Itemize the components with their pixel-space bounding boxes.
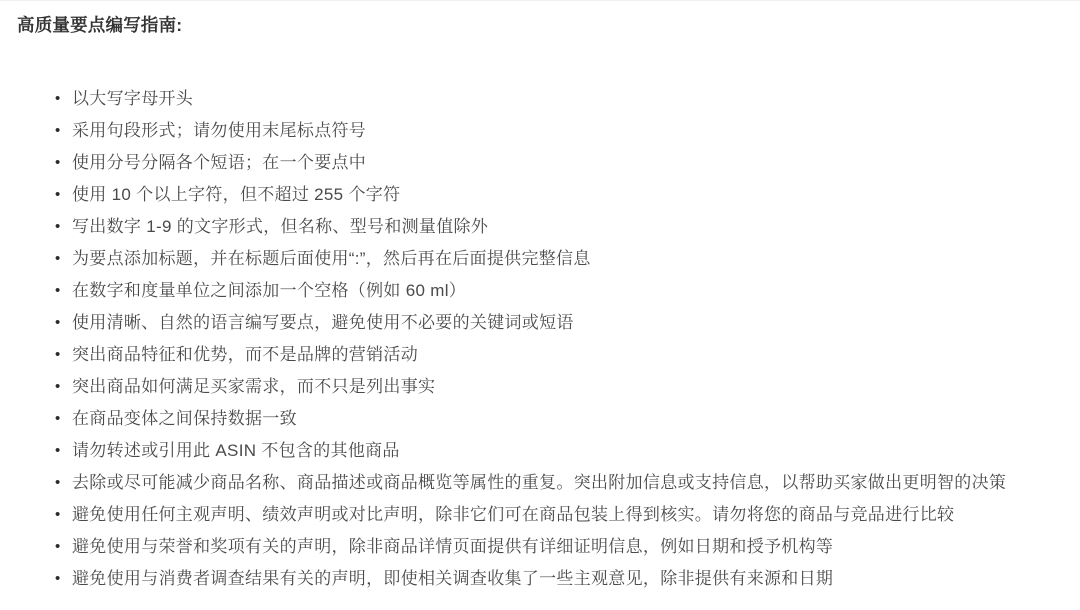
list-item: •以大写字母开头 [72, 83, 1060, 115]
bullet-icon: • [55, 179, 61, 211]
list-item-text: 突出商品特征和优势，而不是品牌的营销活动 [72, 345, 418, 364]
bullet-icon: • [55, 371, 61, 403]
bullet-icon: • [55, 307, 61, 339]
list-item: •突出商品如何满足买家需求，而不只是列出事实 [72, 371, 1060, 403]
bullet-icon: • [55, 339, 61, 371]
list-item-text: 写出数字 1-9 的文字形式，但名称、型号和测量值除外 [72, 217, 488, 236]
list-item-text: 在商品变体之间保持数据一致 [72, 409, 297, 428]
bullet-icon: • [55, 275, 61, 307]
list-item: •为要点添加标题，并在标题后面使用“:”，然后再在后面提供完整信息 [72, 243, 1060, 275]
guideline-list: •以大写字母开头•采用句段形式；请勿使用末尾标点符号•使用分号分隔各个短语；在一… [0, 37, 1080, 595]
list-item: •避免使用与消费者调查结果有关的声明，即使相关调查收集了一些主观意见，除非提供有… [72, 563, 1060, 595]
list-item: •请勿转述或引用此 ASIN 不包含的其他商品 [72, 435, 1060, 467]
bullet-icon: • [55, 115, 61, 147]
list-item-text: 去除或尽可能减少商品名称、商品描述或商品概览等属性的重复。突出附加信息或支持信息… [72, 473, 1006, 492]
list-item: •使用 10 个以上字符，但不超过 255 个字符 [72, 179, 1060, 211]
list-item-text: 使用分号分隔各个短语；在一个要点中 [72, 153, 366, 172]
list-item-text: 为要点添加标题，并在标题后面使用“:”，然后再在后面提供完整信息 [72, 249, 591, 268]
list-item-text: 突出商品如何满足买家需求，而不只是列出事实 [72, 377, 435, 396]
list-item: •去除或尽可能减少商品名称、商品描述或商品概览等属性的重复。突出附加信息或支持信… [72, 467, 1060, 499]
page-title: 高质量要点编写指南: [0, 1, 1080, 37]
bullet-icon: • [55, 211, 61, 243]
list-item-text: 避免使用与消费者调查结果有关的声明，即使相关调查收集了一些主观意见，除非提供有来… [72, 569, 833, 588]
list-item: •写出数字 1-9 的文字形式，但名称、型号和测量值除外 [72, 211, 1060, 243]
bullet-icon: • [55, 243, 61, 275]
bullet-icon: • [55, 147, 61, 179]
bullet-icon: • [55, 435, 61, 467]
bullet-icon: • [55, 83, 61, 115]
list-item-text: 以大写字母开头 [72, 89, 193, 108]
list-item-text: 避免使用与荣誉和奖项有关的声明，除非商品详情页面提供有详细证明信息，例如日期和授… [72, 537, 833, 556]
bullet-icon: • [55, 467, 61, 499]
list-item: •采用句段形式；请勿使用末尾标点符号 [72, 115, 1060, 147]
list-item: •在数字和度量单位之间添加一个空格（例如 60 ml） [72, 275, 1060, 307]
list-item-text: 请勿转述或引用此 ASIN 不包含的其他商品 [72, 441, 400, 460]
list-item: •突出商品特征和优势，而不是品牌的营销活动 [72, 339, 1060, 371]
bullet-icon: • [55, 531, 61, 563]
bullet-icon: • [55, 563, 61, 595]
list-item: •避免使用任何主观声明、绩效声明或对比声明，除非它们可在商品包装上得到核实。请勿… [72, 499, 1060, 531]
list-item-text: 避免使用任何主观声明、绩效声明或对比声明，除非它们可在商品包装上得到核实。请勿将… [72, 505, 954, 524]
bullet-icon: • [55, 499, 61, 531]
list-item: •使用分号分隔各个短语；在一个要点中 [72, 147, 1060, 179]
guidelines-panel: 高质量要点编写指南: •以大写字母开头•采用句段形式；请勿使用末尾标点符号•使用… [0, 0, 1080, 610]
list-item-text: 使用清晰、自然的语言编写要点，避免使用不必要的关键词或短语 [72, 313, 574, 332]
list-item-text: 在数字和度量单位之间添加一个空格（例如 60 ml） [72, 281, 466, 300]
list-item: •使用清晰、自然的语言编写要点，避免使用不必要的关键词或短语 [72, 307, 1060, 339]
list-item-text: 使用 10 个以上字符，但不超过 255 个字符 [72, 185, 400, 204]
bullet-icon: • [55, 403, 61, 435]
list-item: •避免使用与荣誉和奖项有关的声明，除非商品详情页面提供有详细证明信息，例如日期和… [72, 531, 1060, 563]
list-item: •在商品变体之间保持数据一致 [72, 403, 1060, 435]
list-item-text: 采用句段形式；请勿使用末尾标点符号 [72, 121, 366, 140]
